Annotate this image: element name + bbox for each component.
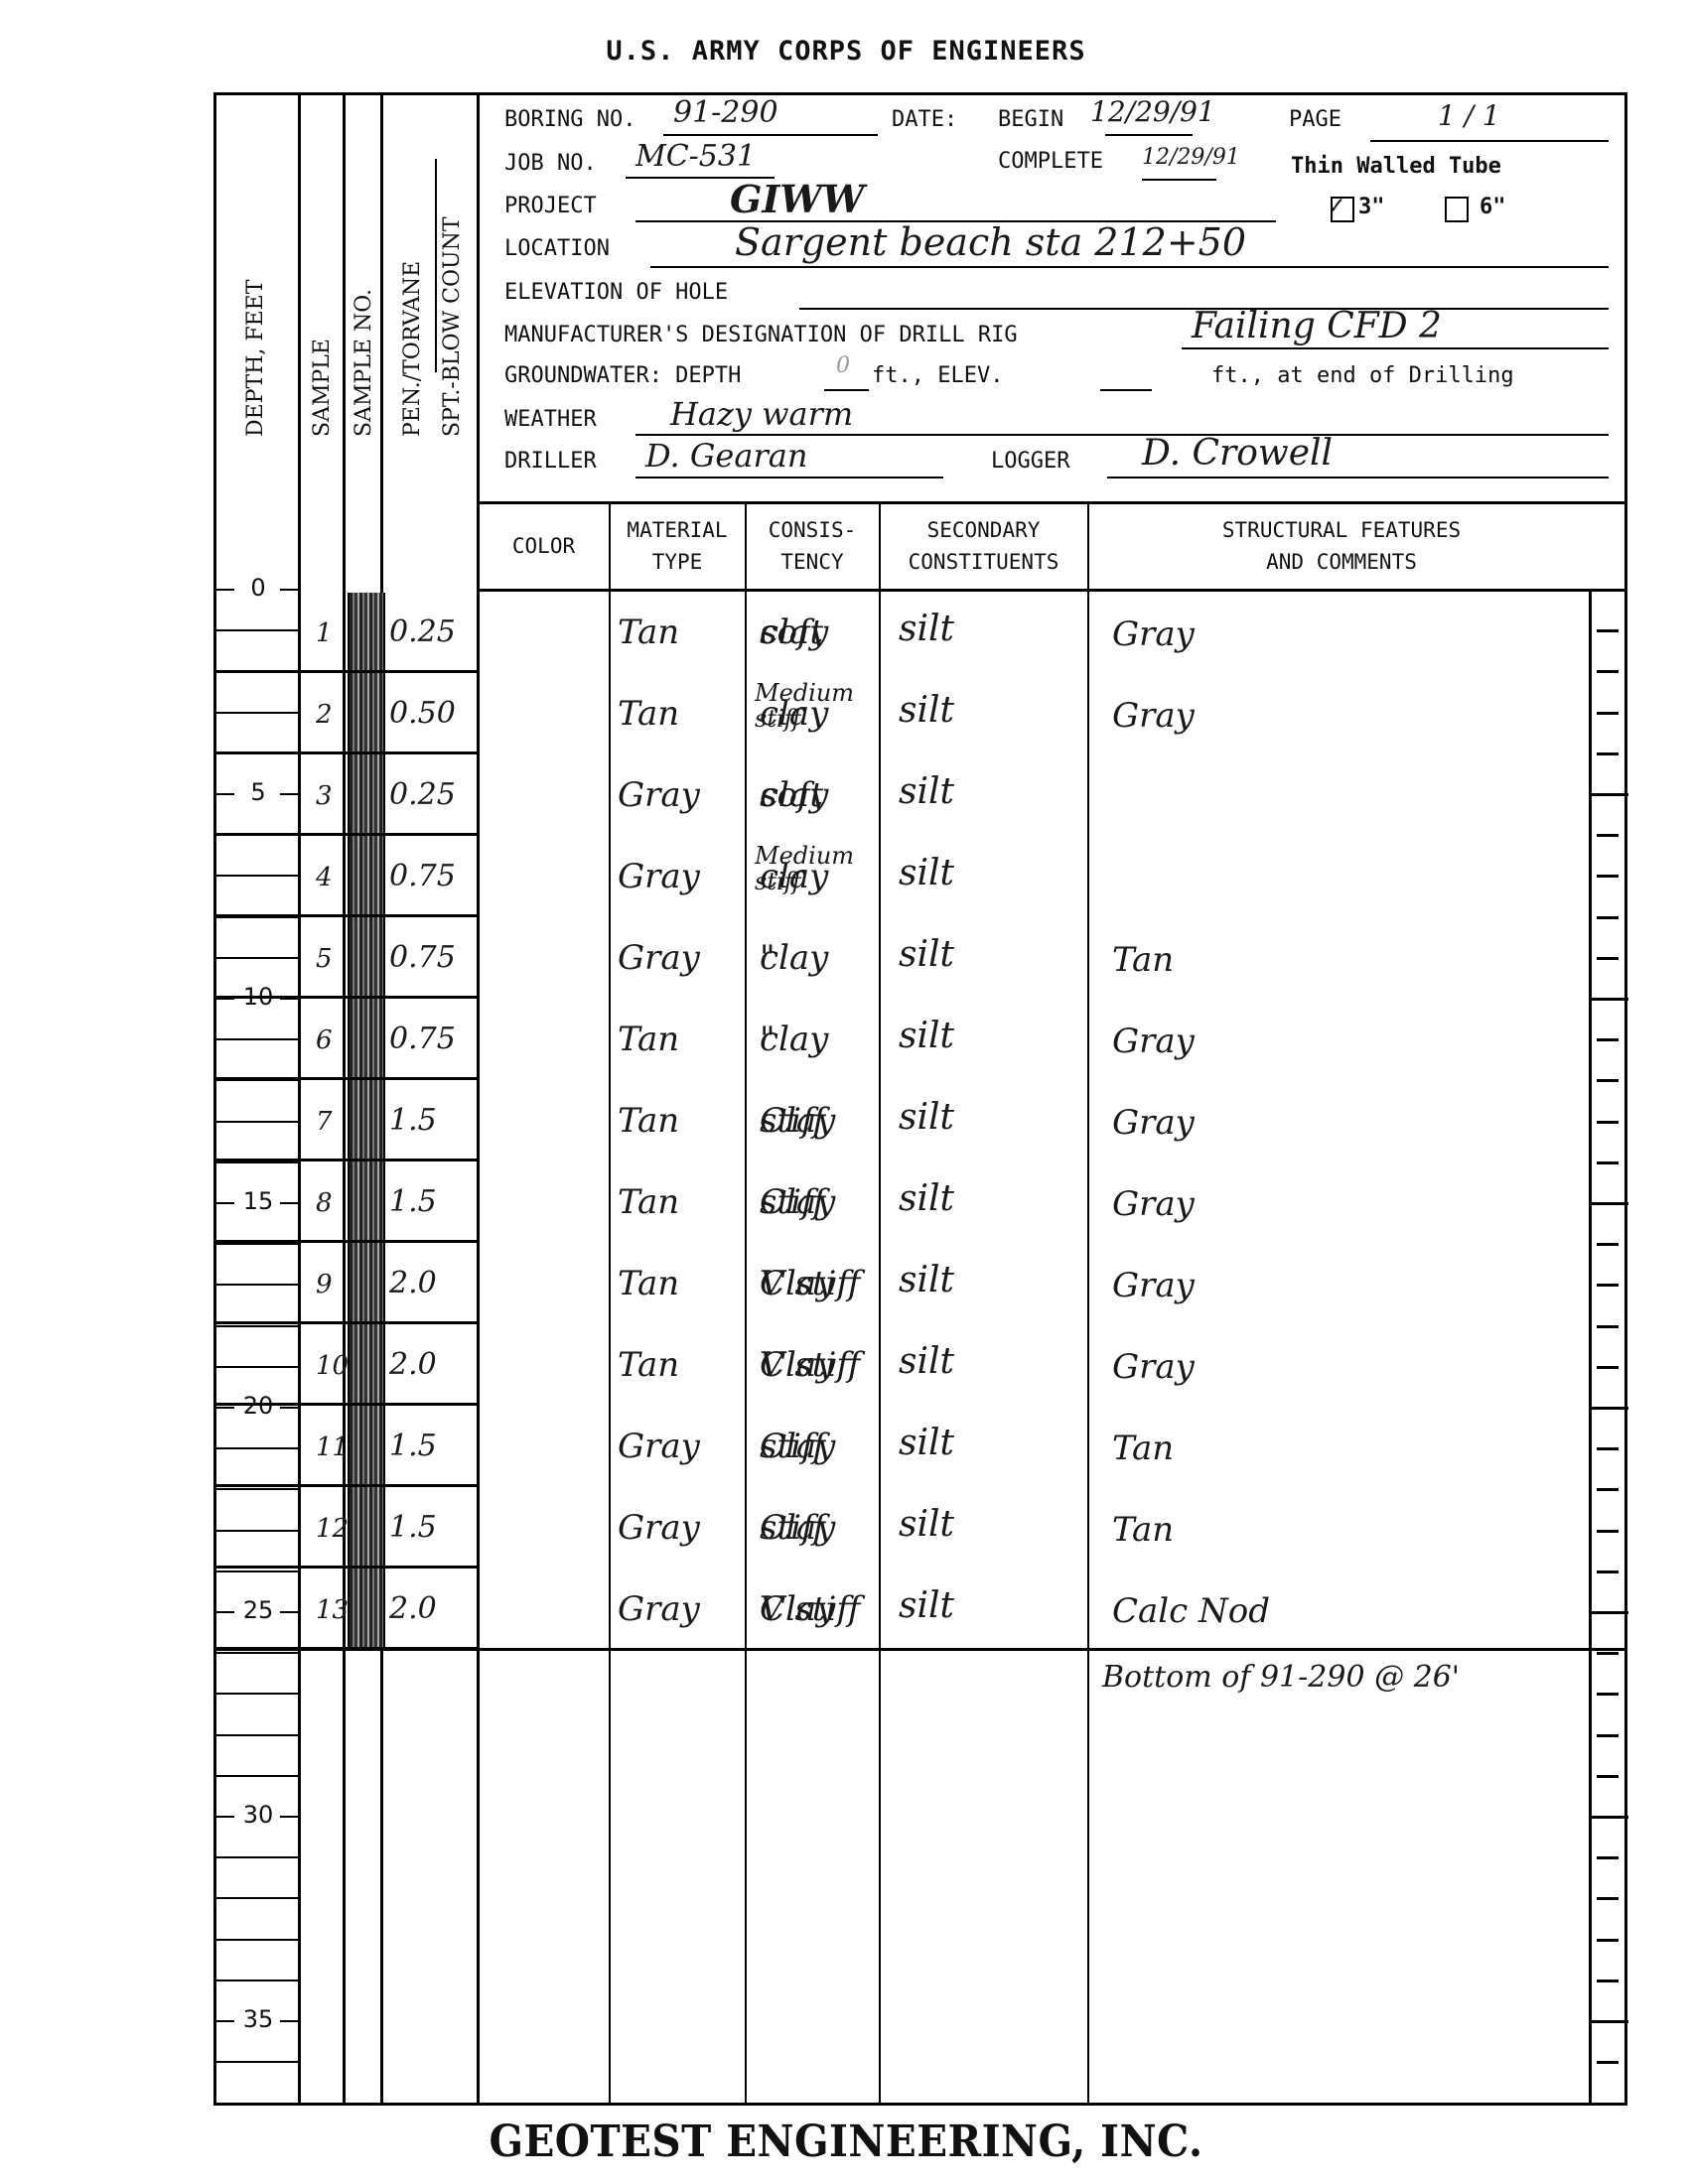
depth-major-tick xyxy=(280,1202,298,1204)
consistency-value: stiff xyxy=(760,1427,825,1466)
right-scale-tick xyxy=(1597,1734,1619,1737)
pen-torvane-value: 0.25 xyxy=(389,614,456,649)
sample-number: 10 xyxy=(316,1351,349,1381)
consistency-value: stiff xyxy=(760,1182,825,1222)
sample-number: 13 xyxy=(316,1595,349,1625)
sample-number: 6 xyxy=(316,1025,333,1055)
sample-row-separator xyxy=(216,914,477,917)
sample-number: 11 xyxy=(316,1433,349,1462)
right-scale-major xyxy=(1589,2020,1628,2023)
groundwater-label: GROUNDWATER: DEPTH xyxy=(504,363,741,388)
depth-minor-tick xyxy=(216,712,298,714)
driller-line xyxy=(635,477,943,478)
depth-minor-tick xyxy=(216,1530,298,1532)
column-header-material: MATERIAL TYPE xyxy=(610,514,745,578)
right-scale-tick xyxy=(1597,1284,1619,1287)
right-scale-tick xyxy=(1597,1161,1619,1164)
logger-value[interactable]: D. Crowell xyxy=(1142,433,1333,474)
right-scale-tick xyxy=(1597,752,1619,755)
begin-line xyxy=(1105,134,1193,136)
depth-major-tick xyxy=(216,1407,234,1409)
project-label: PROJECT xyxy=(504,194,597,218)
color-value: Gray xyxy=(618,938,700,978)
project-value[interactable]: GIWW xyxy=(730,177,865,221)
depth-minor-tick xyxy=(216,1488,298,1490)
secondary-constituent-value: silt xyxy=(899,771,954,812)
secondary-constituent-value: silt xyxy=(899,1504,954,1545)
agency-title: U.S. ARMY CORPS OF ENGINEERS xyxy=(0,36,1692,67)
color-value: Tan xyxy=(618,1101,679,1141)
right-scale-tick xyxy=(1597,875,1619,878)
sample-row-separator xyxy=(216,1240,477,1243)
structural-comment-value: Tan xyxy=(1112,940,1174,980)
page-value[interactable]: 1 / 1 xyxy=(1438,99,1500,132)
depth-major-tick xyxy=(216,2020,234,2022)
consistency-value: Medium stiff xyxy=(755,680,874,732)
consistency-value: soft xyxy=(760,775,823,815)
job-no-value[interactable]: MC-531 xyxy=(635,139,756,174)
column-header-divider xyxy=(477,589,1627,592)
structural-comment-value: Gray xyxy=(1112,1347,1195,1387)
consistency-value: stiff xyxy=(760,1101,825,1141)
pen-torvane-value: 2.0 xyxy=(389,1347,437,1382)
sample-row-separator xyxy=(216,1647,477,1650)
sample-no-header: SAMPLE NO. xyxy=(352,289,376,437)
secondary-constituent-value: silt xyxy=(899,1423,954,1463)
sample-row-separator xyxy=(216,751,477,754)
complete-label: COMPLETE xyxy=(998,149,1103,174)
right-scale-tick xyxy=(1597,712,1619,715)
depth-label: 0 xyxy=(218,574,298,602)
tube-3in-label: 3" xyxy=(1358,195,1385,219)
right-scale-tick xyxy=(1597,1038,1619,1041)
secondary-constituent-value: silt xyxy=(899,1097,954,1138)
consistency-value: V stiff xyxy=(760,1345,860,1385)
drill-rig-label: MANUFACTURER'S DESIGNATION OF DRILL RIG xyxy=(504,323,1018,347)
right-scale-major xyxy=(1589,1611,1628,1614)
check-mark-icon: ✓ xyxy=(1329,191,1344,220)
sample-number: 2 xyxy=(316,700,333,730)
divider-depth xyxy=(298,92,301,2106)
depth-minor-tick xyxy=(216,1243,298,1245)
sample-row-separator xyxy=(216,1484,477,1487)
pen-torvane-value: 0.75 xyxy=(389,940,456,975)
right-scale-major xyxy=(1589,1202,1628,1205)
depth-minor-tick xyxy=(216,1325,298,1327)
divider-pen xyxy=(477,92,480,2106)
secondary-constituent-value: silt xyxy=(899,1016,954,1056)
elevation-label: ELEVATION OF HOLE xyxy=(504,280,728,305)
pen-torvane-value: 2.0 xyxy=(389,1591,437,1626)
depth-major-tick xyxy=(280,1816,298,1818)
depth-minor-tick xyxy=(216,629,298,631)
boring-no-label: BORING NO. xyxy=(504,107,635,132)
right-scale-major xyxy=(1589,793,1628,796)
sample-row-separator xyxy=(216,670,477,673)
pen-torvane-value: 2.0 xyxy=(389,1266,437,1300)
tube-6in-label: 6" xyxy=(1480,195,1506,219)
spt-blow-count-header: SPT.-BLOW COUNT xyxy=(440,217,465,438)
divider-color xyxy=(609,501,611,2106)
pen-torvane-value: 1.5 xyxy=(389,1429,437,1463)
structural-comment-value: Tan xyxy=(1112,1510,1174,1550)
color-value: Tan xyxy=(618,1264,679,1303)
structural-comment-value: Gray xyxy=(1112,1184,1195,1224)
secondary-constituent-value: silt xyxy=(899,1585,954,1626)
sample-row-separator xyxy=(216,1159,477,1161)
right-scale-major xyxy=(1589,1407,1628,1410)
depth-label: 30 xyxy=(218,1801,298,1829)
depth-major-tick xyxy=(216,1816,234,1818)
groundwater-depth-value[interactable]: 0 xyxy=(836,353,850,378)
pen-torvane-value: 0.50 xyxy=(389,696,456,731)
divider-consistency xyxy=(879,501,881,2106)
sample-number: 5 xyxy=(316,944,333,974)
depth-major-tick xyxy=(216,589,234,591)
depth-label: 15 xyxy=(218,1187,298,1215)
depth-major-tick xyxy=(280,793,298,795)
pen-torvane-value: 0.75 xyxy=(389,859,456,893)
sample-row-separator xyxy=(216,1403,477,1406)
pen-torvane-header: PEN./TORVANE xyxy=(400,261,425,437)
sample-number: 12 xyxy=(316,1514,349,1544)
depth-minor-tick xyxy=(216,1979,298,1981)
depth-minor-tick xyxy=(216,1775,298,1777)
sample-row-separator xyxy=(216,833,477,836)
begin-date-value[interactable]: 12/29/91 xyxy=(1090,95,1215,128)
consistency-value: " xyxy=(760,938,775,978)
driller-value[interactable]: D. Gearan xyxy=(645,437,807,475)
end-of-drilling-label: ft., at end of Drilling xyxy=(1211,363,1514,388)
right-scale-tick xyxy=(1597,2061,1619,2064)
consistency-value: Medium stiff xyxy=(755,843,874,894)
structural-header-line2: AND COMMENTS xyxy=(1088,546,1595,578)
location-value[interactable]: Sargent beach sta 212+50 xyxy=(735,220,1246,264)
depth-label: 5 xyxy=(218,778,298,806)
location-line xyxy=(650,266,1609,268)
column-header-color: COLOR xyxy=(479,530,609,562)
color-value: Tan xyxy=(618,613,679,652)
color-value: Gray xyxy=(618,1589,700,1629)
consistency-value: " xyxy=(760,1020,775,1059)
consistency-header-line1: CONSIS- xyxy=(746,514,879,546)
color-value: Tan xyxy=(618,694,679,734)
right-scale-tick xyxy=(1597,1530,1619,1533)
depth-minor-tick xyxy=(216,2061,298,2063)
driller-label: DRILLER xyxy=(504,449,597,474)
groundwater-elev-line xyxy=(1100,389,1152,391)
complete-line xyxy=(1142,179,1216,181)
right-scale-tick xyxy=(1597,1079,1619,1082)
sample-number: 1 xyxy=(316,618,333,648)
job-no-label: JOB NO. xyxy=(504,151,597,176)
right-scale-tick xyxy=(1597,1570,1619,1573)
complete-date-value[interactable]: 12/29/91 xyxy=(1142,145,1240,170)
sample-number: 4 xyxy=(316,863,333,892)
secondary-header-line2: CONSTITUENTS xyxy=(880,546,1087,578)
structural-comment-value: Calc Nod xyxy=(1112,1591,1270,1631)
depth-minor-tick xyxy=(216,1121,298,1123)
column-header-consistency: CONSIS- TENCY xyxy=(746,514,879,578)
divider-sample xyxy=(343,92,346,2106)
structural-comment-value: Tan xyxy=(1112,1429,1174,1468)
right-scale-tick xyxy=(1597,629,1619,632)
sample-row-separator xyxy=(216,1566,477,1569)
logger-line xyxy=(1107,477,1609,478)
depth-minor-tick xyxy=(216,1734,298,1736)
divider-material xyxy=(745,501,747,2106)
structural-comment-value: Gray xyxy=(1112,614,1195,654)
secondary-header-line1: SECONDARY xyxy=(880,514,1087,546)
right-scale-tick xyxy=(1597,1121,1619,1124)
right-scale-tick xyxy=(1597,1856,1619,1859)
depth-minor-tick xyxy=(216,1038,298,1040)
depth-feet-header: DEPTH, FEET xyxy=(243,280,268,437)
secondary-constituent-value: silt xyxy=(899,1341,954,1382)
depth-label: 20 xyxy=(218,1392,298,1420)
header-fraction-line xyxy=(435,159,437,372)
right-scale-tick xyxy=(1597,1897,1619,1900)
depth-major-tick xyxy=(216,793,234,795)
right-scale-tick xyxy=(1597,1979,1619,1982)
depth-major-tick xyxy=(216,1202,234,1204)
sample-number: 7 xyxy=(316,1107,333,1137)
color-value: Gray xyxy=(618,1427,700,1466)
secondary-constituent-value: silt xyxy=(899,690,954,731)
color-value: Tan xyxy=(618,1020,679,1059)
depth-minor-tick xyxy=(216,1570,298,1572)
consistency-value: V stiff xyxy=(760,1589,860,1629)
consistency-header-line2: TENCY xyxy=(746,546,879,578)
tube-6in-checkbox[interactable] xyxy=(1445,197,1469,222)
depth-label: 25 xyxy=(218,1596,298,1624)
secondary-constituent-value: silt xyxy=(899,1260,954,1300)
consistency-value: V stiff xyxy=(760,1264,860,1303)
boring-no-line xyxy=(663,134,878,136)
right-scale-tick xyxy=(1597,1488,1619,1491)
sample-header: SAMPLE xyxy=(310,339,335,437)
structural-comment-value: Gray xyxy=(1112,696,1195,736)
bottom-of-boring-note: Bottom of 91-290 @ 26' xyxy=(1102,1660,1460,1695)
consistency-value: stiff xyxy=(760,1508,825,1548)
right-scale-tick xyxy=(1597,670,1619,673)
secondary-constituent-value: silt xyxy=(899,853,954,893)
groundwater-depth-line xyxy=(824,389,869,391)
material-header-line2: TYPE xyxy=(610,546,745,578)
right-scale-tick xyxy=(1597,1366,1619,1369)
structural-comment-value: Gray xyxy=(1112,1266,1195,1305)
weather-value[interactable]: Hazy warm xyxy=(670,395,853,433)
page-line xyxy=(1370,140,1609,142)
color-value: Tan xyxy=(618,1182,679,1222)
sample-row-separator xyxy=(216,1321,477,1324)
depth-minor-tick xyxy=(216,1652,298,1654)
company-footer: GEOTEST ENGINEERING, INC. xyxy=(68,2116,1624,2167)
depth-major-tick xyxy=(216,1611,234,1613)
structural-comment-value: Gray xyxy=(1112,1022,1195,1061)
structural-header-line1: STRUCTURAL FEATURES xyxy=(1088,514,1595,546)
column-header-secondary: SECONDARY CONSTITUENTS xyxy=(880,514,1087,578)
structural-comment-value: Gray xyxy=(1112,1103,1195,1143)
depth-minor-tick xyxy=(216,1447,298,1449)
date-label: DATE: xyxy=(892,107,957,132)
sample-number: 8 xyxy=(316,1188,333,1218)
right-scale-tick xyxy=(1597,1243,1619,1246)
depth-minor-tick xyxy=(216,957,298,959)
secondary-constituent-value: silt xyxy=(899,934,954,975)
right-scale-tick xyxy=(1597,1325,1619,1328)
boring-no-value[interactable]: 91-290 xyxy=(673,95,778,130)
drill-rig-line xyxy=(1182,347,1609,349)
location-label: LOCATION xyxy=(504,236,610,261)
depth-label: 35 xyxy=(218,2005,298,2033)
divider-secondary xyxy=(1087,501,1089,2106)
drill-rig-value[interactable]: Failing CFD 2 xyxy=(1192,306,1442,346)
ft-elev-label: ft., ELEV. xyxy=(872,363,1003,388)
column-header-structural: STRUCTURAL FEATURES AND COMMENTS xyxy=(1088,514,1595,578)
depth-major-tick xyxy=(280,589,298,591)
right-scale-tick xyxy=(1597,1652,1619,1655)
color-value: Gray xyxy=(618,775,700,815)
begin-label: BEGIN xyxy=(998,107,1063,132)
logger-label: LOGGER xyxy=(991,449,1069,474)
depth-minor-tick xyxy=(216,1693,298,1695)
depth-minor-tick xyxy=(216,1856,298,1858)
weather-line xyxy=(635,434,1609,436)
right-scale-tick xyxy=(1597,1775,1619,1778)
divider-scale xyxy=(1589,589,1592,2106)
sample-number: 3 xyxy=(316,781,333,811)
right-scale-tick xyxy=(1597,834,1619,837)
thin-walled-tube-label: Thin Walled Tube xyxy=(1291,154,1501,179)
depth-minor-tick xyxy=(216,1897,298,1899)
depth-major-tick xyxy=(280,1611,298,1613)
color-value: Tan xyxy=(618,1345,679,1385)
consistency-value: soft xyxy=(760,613,823,652)
right-scale-tick xyxy=(1597,957,1619,960)
color-value: Gray xyxy=(618,1508,700,1548)
depth-minor-tick xyxy=(216,1161,298,1163)
depth-minor-tick xyxy=(216,1939,298,1941)
right-scale-tick xyxy=(1597,1939,1619,1942)
pen-torvane-value: 1.5 xyxy=(389,1184,437,1219)
depth-minor-tick xyxy=(216,875,298,877)
secondary-constituent-value: silt xyxy=(899,609,954,649)
sample-number: 9 xyxy=(316,1270,333,1299)
right-scale-tick xyxy=(1597,916,1619,919)
depth-minor-tick xyxy=(216,1284,298,1286)
sample-row-separator xyxy=(216,996,477,999)
color-value: Gray xyxy=(618,857,700,896)
depth-minor-tick xyxy=(216,1366,298,1368)
right-scale-tick xyxy=(1597,1693,1619,1696)
right-scale-major xyxy=(1589,998,1628,1001)
header-divider xyxy=(477,501,1627,504)
pen-torvane-value: 1.5 xyxy=(389,1510,437,1545)
depth-major-tick xyxy=(280,1407,298,1409)
right-scale-major xyxy=(1589,1816,1628,1819)
weather-label: WEATHER xyxy=(504,407,597,432)
pen-torvane-value: 0.75 xyxy=(389,1022,456,1056)
material-header-line1: MATERIAL xyxy=(610,514,745,546)
sample-row-separator xyxy=(216,1077,477,1080)
depth-major-tick xyxy=(280,2020,298,2022)
pen-torvane-value: 1.5 xyxy=(389,1103,437,1138)
secondary-constituent-value: silt xyxy=(899,1178,954,1219)
pen-torvane-value: 0.25 xyxy=(389,777,456,812)
page-label: PAGE xyxy=(1289,107,1341,132)
right-scale-tick xyxy=(1597,1447,1619,1450)
